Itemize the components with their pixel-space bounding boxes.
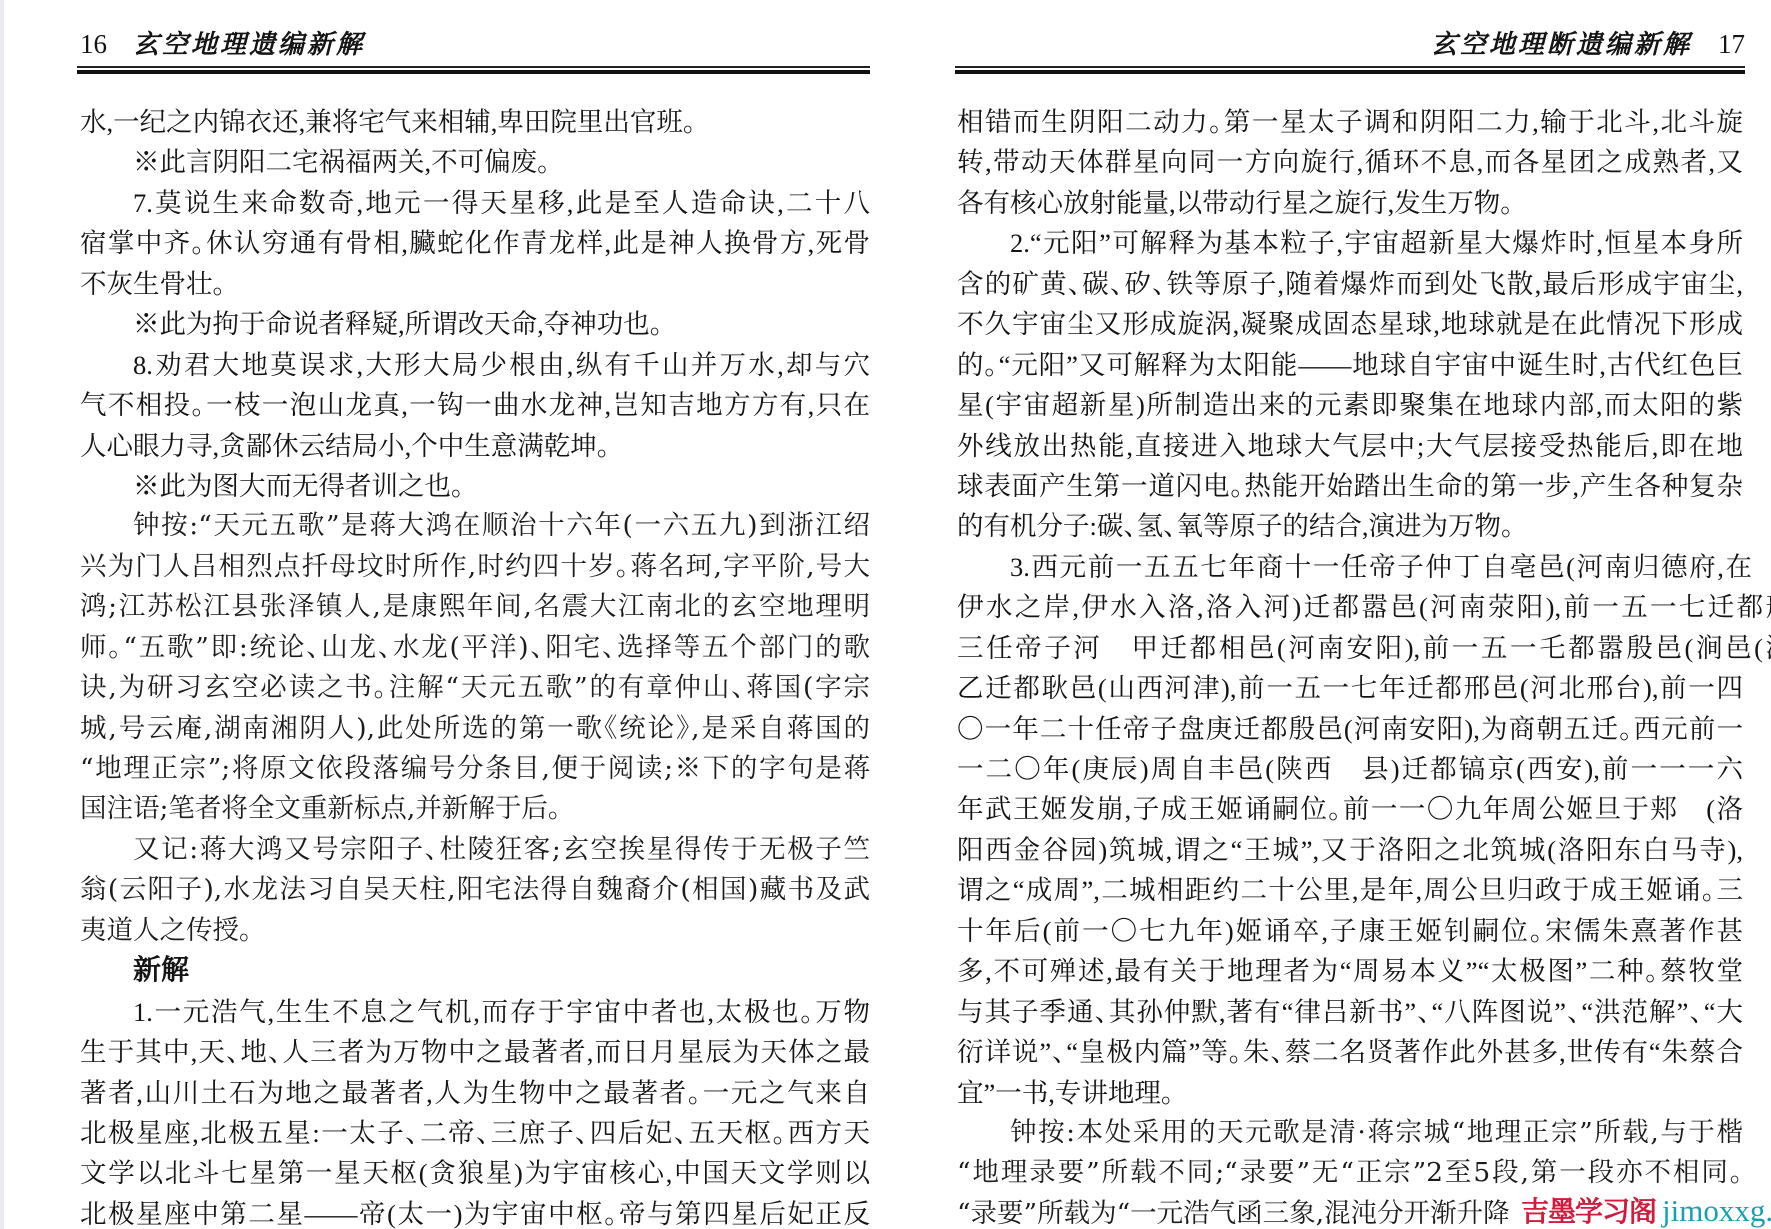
text-line: 转,带动天体群星向同一方向旋行,循环不息,而各星团之成熟者,又 — [957, 142, 1743, 182]
author-note-line: 钟按:“天元五歌”是蒋大鸿在顺治十六年(一六五九)到浙江绍 — [80, 506, 870, 546]
text-line: 伊水之岸,伊水入洛,洛入河)迁都嚣邑(河南荥阳),前一五一七迁都邢 — [957, 587, 1771, 627]
rule-thick-line — [77, 70, 870, 74]
author-note-line: 钟按:本处采用的天元歌是清·蒋宗城“地理正宗”所载,与于楷 — [957, 1113, 1743, 1153]
text-line: 年武王姬发崩,子成王姬诵嗣位。前一一〇九年周公姬旦于郏 (洛 — [957, 789, 1743, 829]
author-note-line: “地理正宗”;将原文依段落编号分条目,便于阅读;※下的字句是蒋 — [80, 749, 870, 789]
text-line: 一二〇年(庚辰)周自丰邑(陕西 县)迁都镐京(西安),前一一一六 — [957, 749, 1743, 789]
text-line: 多,不可殚述,最有关于地理者为“周易本义”“太极图”二种。蔡牧堂 — [957, 951, 1743, 991]
text-line: 的。“元阳”又可解释为太阳能——地球自宇宙中诞生时,古代红色巨 — [957, 345, 1743, 385]
scan-edge-shadow — [0, 0, 4, 1229]
author-note-line: 国注语;笔者将全文重新标点,并新解于后。 — [80, 789, 870, 829]
text-line: 不久宇宙尘又形成旋涡,凝聚成固态星球,地球就是在此情况下形成 — [957, 304, 1743, 344]
text-line: 相错而生阴阳二动力。第一星太子调和阴阳二力,输于北斗,北斗旋 — [957, 102, 1743, 142]
text-line: 乙迁都耿邑(山西河津),前一五一七年迁都邢邑(河北邢台),前一四 — [957, 668, 1743, 708]
rule-thick-line — [955, 70, 1745, 74]
rule-thin-line — [77, 66, 870, 68]
left-running-head: 16玄空地理遗编新解 — [80, 28, 365, 60]
author-note-line: 鸿;江苏松江县张泽镇人,是康熙年间,名震大江南北的玄空地理明 — [80, 587, 870, 627]
author-note-line: “地理录要”所载不同;“录要”无“正宗”2至5段,第一段亦不相同。 — [957, 1153, 1743, 1193]
watermark: 吉墨学习阁jimoxxg.com — [1521, 1193, 1771, 1229]
verse-line: 8.劝君大地莫误求,大形大局少根由,纵有千山并万水,却与穴 — [80, 345, 870, 385]
right-page-body: 相错而生阴阳二动力。第一星太子调和阴阳二力,输于北斗,北斗旋 转,带动天体群星向… — [957, 102, 1743, 1229]
text-line: 阳西金谷园)筑城,谓之“王城”,又于洛阳之北筑城(洛阳东白马寺), — [957, 830, 1743, 870]
verse-line: 人心眼力寻,贪鄙休云结局小,个中生意满乾坤。 — [80, 426, 870, 466]
text-line: 与其子季通、其孙仲默,著有“律吕新书”、“八阵图说”、“洪范解”、“大 — [957, 992, 1743, 1032]
author-note-line: 诀,为研习玄空必读之书。注解“天元五歌”的有章仲山、蒋国(字宗 — [80, 668, 870, 708]
rule-thin-line — [955, 66, 1745, 68]
text-line: 宜”一书,专讲地理。 — [957, 1073, 1743, 1113]
author-note-line: 夷道人之传授。 — [80, 911, 870, 951]
text-line: 的有机分子:碳、氢、氧等原子的结合,演进为万物。 — [957, 506, 1743, 546]
text-line: 〇一年二十任帝子盘庚迁都殷邑(河南安阳),为商朝五迁。西元前一 — [957, 709, 1743, 749]
section-heading: 新解 — [80, 951, 870, 991]
verse-line: 不灰生骨壮。 — [80, 264, 870, 304]
verse-line: 气不相投。一枝一泡山龙真,一钩一曲水龙神,岂知吉地方方有,只在 — [80, 385, 870, 425]
text-line: 3.西元前一五五七年商十一任帝子仲丁自亳邑(河南归德府,在 — [957, 547, 1752, 587]
text-line: 著者,山川土石为地之最著者,人为生物中之最著者。一元之气来自 — [80, 1073, 870, 1113]
text-line: 衍详说”、“皇极内篇”等。朱、蔡二名贤著作此外甚多,世传有“朱蔡合 — [957, 1032, 1743, 1072]
author-note-line: 翁(云阳子),水龙法习自吴天柱,阳宅法得自魏裔介(相国)藏书及武 — [80, 870, 870, 910]
text-line: 各有核心放射能量,以带动行星之旋行,发生万物。 — [957, 183, 1743, 223]
text-line: 星(宇宙超新星)所制造出来的元素即聚集在地球内部,而太阳的紫 — [957, 385, 1743, 425]
running-title-left: 玄空地理遗编新解 — [133, 30, 365, 59]
header-rule-right — [955, 66, 1745, 75]
verse-line: 宿掌中齐。休认穷通有骨相,臟蛇化作青龙样,此是神人换骨方,死骨 — [80, 223, 870, 263]
right-running-head: 玄空地理断遗编新解17 — [1431, 28, 1745, 60]
text-line: 北极星座,北极五星:一太子、二帝、三庶子、四后妃、五天枢。西方天 — [80, 1113, 870, 1153]
text-line: 生于其中,天、地、人三者为万物中之最著者,而日月星辰为天体之最 — [80, 1032, 870, 1072]
header-rule-left — [77, 66, 870, 75]
annotation-line: ※此言阴阳二宅祸福两关,不可偏废。 — [80, 142, 870, 182]
text-line: 文学以北斗七星第一星天枢(贪狼星)为宇宙核心,中国天文学则以 — [80, 1153, 870, 1193]
text-line: 谓之“成周”,二城相距约二十公里,是年,周公旦归政于成王姬诵。三 — [957, 870, 1743, 910]
annotation-line: ※此为拘于命说者释疑,所谓改天命,夺神功也。 — [80, 304, 870, 344]
text-line: 外线放出热能,直接进入地球大气层中;大气层接受热能后,即在地 — [957, 426, 1743, 466]
watermark-domain: jimoxxg.com — [1662, 1193, 1771, 1228]
author-note-line: 兴为门人吕相烈点扦母坟时所作,时约四十岁。蒋名珂,字平阶,号大 — [80, 547, 870, 587]
text-line: 1.一元浩气,生生不息之气机,而存于宇宙中者也,太极也。万物 — [80, 992, 870, 1032]
text-line: 水,一纪之内锦衣还,兼将宅气来相辅,卑田院里出官班。 — [80, 102, 870, 142]
text-line: 含的矿黄、碳、矽、铁等原子,随着爆炸而到处飞散,最后形成宇宙尘, — [957, 264, 1743, 304]
text-line: 2.“元阳”可解释为基本粒子,宇宙超新星大爆炸时,恒星本身所 — [957, 223, 1743, 263]
author-note-line: 又记:蒋大鸿又号宗阳子、杜陵狂客;玄空挨星得传于无极子竺 — [80, 830, 870, 870]
text-line: 球表面产生第一道闪电。热能开始踏出生命的第一步,产生各种复杂 — [957, 466, 1743, 506]
text-line: 三任帝子河 甲迁都相邑(河南安阳),前一五一乇都嚣殷邑(涧邑(河 — [957, 628, 1771, 668]
verse-line: 7.莫说生来命数奇,地元一得天星移,此是至人造命诀,二十八 — [80, 183, 870, 223]
text-line: 北极星座中第二星——帝(太一)为宇宙中枢。帝与第四星后妃正反 — [80, 1194, 870, 1229]
running-title-right: 玄空地理断遗编新解 — [1431, 30, 1692, 59]
page-number-left: 16 — [80, 29, 107, 59]
text-line: 十年后(前一〇七九年)姬诵卒,子康王姬钊嗣位。宋儒朱熹著作甚 — [957, 911, 1743, 951]
author-note-line: 师。“五歌”即:统论、山龙、水龙(平洋)、阳宅、选择等五个部门的歌 — [80, 628, 870, 668]
page-number-right: 17 — [1718, 29, 1745, 59]
annotation-line: ※此为图大而无得者训之也。 — [80, 466, 870, 506]
author-note-line: 城,号云庵,湖南湘阴人),此处所选的第一歌《统论》,是采自蒋国的 — [80, 709, 870, 749]
watermark-brand: 吉墨学习阁 — [1521, 1195, 1656, 1228]
left-page-body: 水,一纪之内锦衣还,兼将宅气来相辅,卑田院里出官班。 ※此言阴阳二宅祸福两关,不… — [80, 102, 870, 1229]
